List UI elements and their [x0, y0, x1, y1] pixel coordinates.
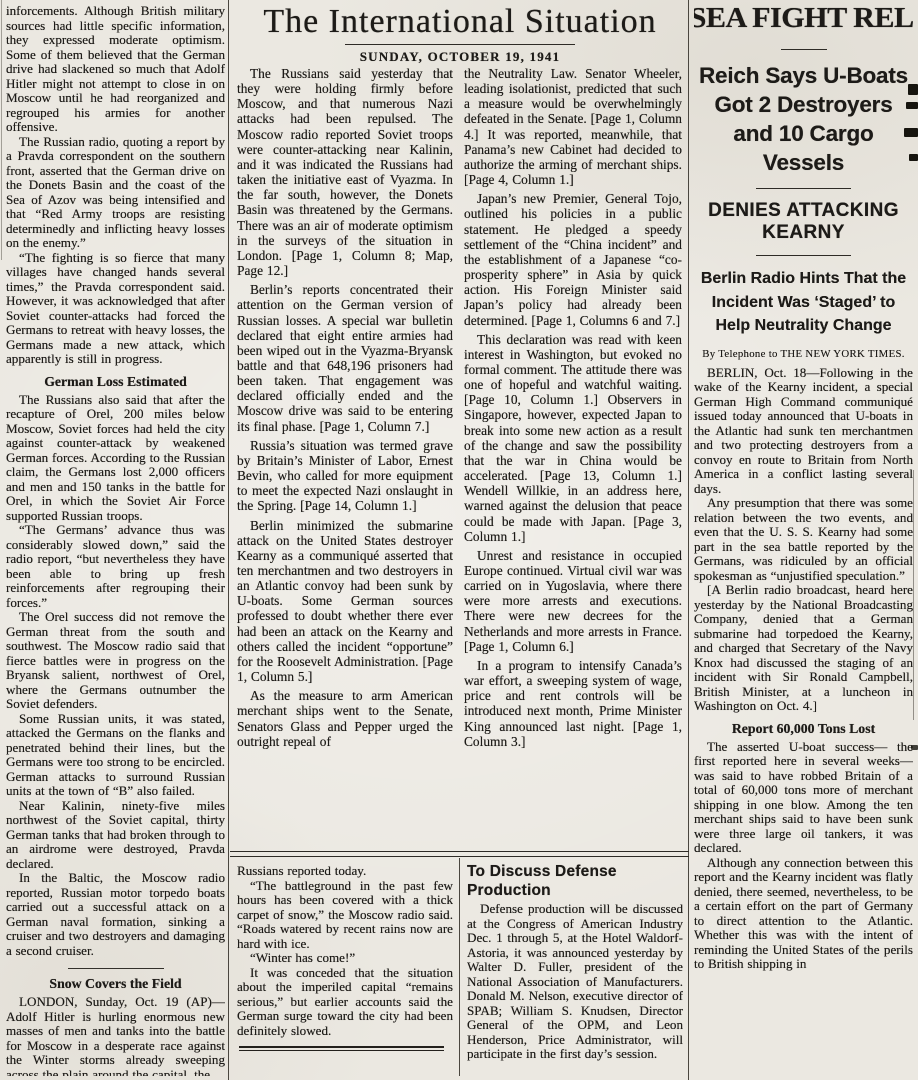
scan-artifact: [908, 84, 918, 95]
deck-reich-says-uboats: Reich Says U-Boats Got 2 Destroyers and …: [694, 61, 913, 177]
article-paragraph: Defense production will be discussed at …: [467, 902, 683, 1062]
summary-paragraph: Berlin minimized the submarine attack on…: [237, 518, 453, 685]
summary-paragraph: the Neutrality Law. Senator Wheeler, lea…: [464, 66, 682, 187]
bottom-middle-right-column: To Discuss Defense Production Defense pr…: [467, 862, 683, 1076]
article-paragraph: The Russians also said that after the re…: [6, 393, 225, 524]
article-paragraph: Some Russian units, it was stated, attac…: [6, 712, 225, 799]
summary-dateline: SUNDAY, OCTOBER 19, 1941: [234, 49, 686, 64]
summary-paragraph: As the measure to arm American merchant …: [237, 688, 453, 749]
headline-rule: [756, 188, 851, 189]
subdeck-berlin-radio-hints: Berlin Radio Hints That the Incident Was…: [694, 267, 913, 338]
headline-rule: [756, 255, 851, 256]
summary-paragraph: In a program to intensify Canada’s war e…: [464, 658, 682, 749]
article-paragraph: [A Berlin radio broadcast, heard here ye…: [694, 583, 913, 714]
article-paragraph: It was conceded that the situation about…: [237, 966, 453, 1039]
article-paragraph: Any presumption that there was some rela…: [694, 496, 913, 583]
scan-artifact: [904, 128, 918, 137]
scan-artifact: [909, 154, 918, 161]
article-paragraph: LONDON, Sunday, Oct. 19 (AP)— Adolf Hitl…: [6, 995, 225, 1076]
scan-artifact: [911, 745, 918, 750]
summary-paragraph: Berlin’s reports concentrated their atte…: [237, 282, 453, 434]
summary-paragraph: Russia’s situation was termed grave by B…: [237, 438, 453, 514]
summary-paragraph: The Russians said yesterday that they we…: [237, 66, 453, 278]
left-article-column: inforcements. Although British military …: [6, 4, 225, 1076]
summary-column-right: the Neutrality Law. Senator Wheeler, lea…: [464, 66, 682, 849]
article-paragraph: Although any connection between this rep…: [694, 856, 913, 972]
article-paragraph: The asserted U-boat success— the first r…: [694, 740, 913, 856]
bank-denies-attacking-kearny: DENIES ATTACKING KEARNY: [694, 200, 913, 244]
article-paragraph: “The Germans’ advance thus was considera…: [6, 523, 225, 610]
page-edge-rule-right: [913, 470, 914, 720]
column-rule-bottom-middle: [459, 858, 460, 1076]
section-divider-rule: [68, 968, 164, 969]
article-paragraph: The Russian radio, quoting a report by a…: [6, 135, 225, 251]
byline: By Telephone to THE NEW YORK TIMES.: [694, 348, 913, 360]
subhead-german-loss-estimated: German Loss Estimated: [6, 374, 225, 389]
summary-bottom-double-rule: [230, 851, 689, 857]
summary-paragraph: Japan’s new Premier, General Tojo, outli…: [464, 191, 682, 327]
article-paragraph: BERLIN, Oct. 18—Following in the wake of…: [694, 366, 913, 497]
summary-title: The International Situation: [234, 2, 686, 42]
scan-artifact: [906, 102, 918, 109]
column-rule-left: [228, 0, 229, 1080]
article-paragraph: Russians reported today.: [237, 864, 453, 879]
bottom-middle-left-column: Russians reported today. “The battlegrou…: [237, 864, 453, 1076]
article-paragraph: Near Kalinin, ninety-five miles northwes…: [6, 799, 225, 872]
subhead-report-60000-tons-lost: Report 60,000 Tons Lost: [694, 721, 913, 736]
summary-paragraph: This declaration was read with keen inte…: [464, 332, 682, 544]
headline-sea-fight-related: SEA FIGHT RELATED: [694, 2, 913, 34]
article-paragraph: The Orel success did not remove the Germ…: [6, 610, 225, 712]
sea-fight-article-column: SEA FIGHT RELATED Reich Says U-Boats Got…: [694, 2, 913, 1078]
article-paragraph: In the Baltic, the Moscow radio reported…: [6, 871, 225, 958]
summary-column-left: The Russians said yesterday that they we…: [237, 66, 453, 849]
article-end-double-rule: [239, 1046, 444, 1051]
article-paragraph: inforcements. Although British military …: [6, 4, 225, 135]
article-paragraph: “The fighting is so fierce that many vil…: [6, 251, 225, 367]
summary-masthead: The International Situation SUNDAY, OCTO…: [234, 2, 686, 64]
headline-to-discuss-defense-production: To Discuss Defense Production: [467, 862, 683, 900]
page-edge-rule-left: [1, 0, 2, 260]
column-rule-right: [688, 0, 689, 1080]
subhead-snow-covers-the-field: Snow Covers the Field: [6, 976, 225, 991]
article-paragraph: “The battleground in the past few hours …: [237, 879, 453, 952]
article-paragraph: “Winter has come!”: [237, 951, 453, 966]
summary-paragraph: Unrest and resistance in occupied Europe…: [464, 548, 682, 654]
headline-rule: [781, 49, 827, 50]
masthead-underline-rule: [345, 44, 575, 45]
newspaper-page-scan: { "colors": { "paper": "#ebe8e1", "ink":…: [0, 0, 918, 1080]
